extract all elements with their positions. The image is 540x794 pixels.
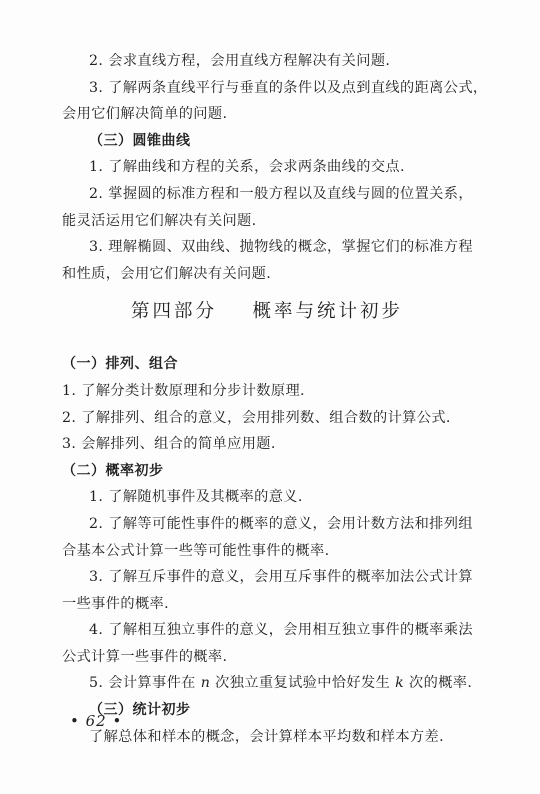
text-segment: 5. 会计算事件在	[89, 675, 201, 691]
item-line: 2. 掌握圆的标准方程和一般方程以及直线与圆的位置关系，	[62, 181, 472, 208]
item-line: 2. 了解排列、组合的意义，会用排列数、组合数的计算公式.	[62, 405, 472, 432]
part-title: 第四部分 概率与统计初步	[62, 297, 472, 327]
item-line: 1. 了解分类计数原理和分步计数原理.	[62, 378, 472, 405]
bullet-icon: •	[113, 712, 123, 730]
item-line-continuation: 能灵活运用它们解决有关问题.	[62, 208, 472, 235]
section-heading: （二）概率初步	[62, 458, 472, 485]
item-line-continuation: 会用它们解决简单的问题.	[62, 101, 472, 128]
bullet-icon: •	[70, 712, 80, 730]
variable-n: n	[201, 675, 211, 691]
section-heading: （一）排列、组合	[62, 351, 472, 378]
item-line: 了解总体和样本的概念，会计算样本平均数和样本方差.	[62, 724, 472, 751]
page-number: • 62 •	[70, 712, 122, 730]
section-heading: （三）圆锥曲线	[62, 128, 472, 155]
text-segment: 次的概率.	[404, 675, 472, 691]
item-line: 3. 会解排列、组合的简单应用题.	[62, 431, 472, 458]
item-line: 3. 了解两条直线平行与垂直的条件以及点到直线的距离公式，	[62, 75, 472, 102]
item-line: 1. 了解随机事件及其概率的意义.	[62, 484, 472, 511]
text-segment: 次独立重复试验中恰好发生	[210, 675, 395, 691]
item-line: 4. 了解相互独立事件的意义，会用相互独立事件的概率乘法	[62, 617, 472, 644]
item-line-continuation: 一些事件的概率.	[62, 591, 472, 618]
page-body: 2. 会求直线方程，会用直线方程解决有关问题. 3. 了解两条直线平行与垂直的条…	[62, 48, 472, 750]
item-line: 2. 会求直线方程，会用直线方程解决有关问题.	[62, 48, 472, 75]
item-line: 3. 了解互斥事件的意义，会用互斥事件的概率加法公式计算	[62, 564, 472, 591]
section-heading: （三）统计初步	[62, 697, 472, 724]
item-line: 1. 了解曲线和方程的关系，会求两条曲线的交点.	[62, 154, 472, 181]
item-line-continuation: 和性质，会用它们解决有关问题.	[62, 261, 472, 288]
variable-k: k	[395, 675, 404, 691]
item-line: 3. 理解椭圆、双曲线、抛物线的概念，掌握它们的标准方程	[62, 234, 472, 261]
item-line: 2. 了解等可能性事件的概率的意义，会用计数方法和排列组	[62, 511, 472, 538]
item-line-continuation: 公式计算一些事件的概率.	[62, 644, 472, 671]
item-line: 5. 会计算事件在 n 次独立重复试验中恰好发生 k 次的概率.	[62, 670, 472, 697]
page-number-value: 62	[86, 712, 107, 730]
item-line-continuation: 合基本公式计算一些等可能性事件的概率.	[62, 538, 472, 565]
